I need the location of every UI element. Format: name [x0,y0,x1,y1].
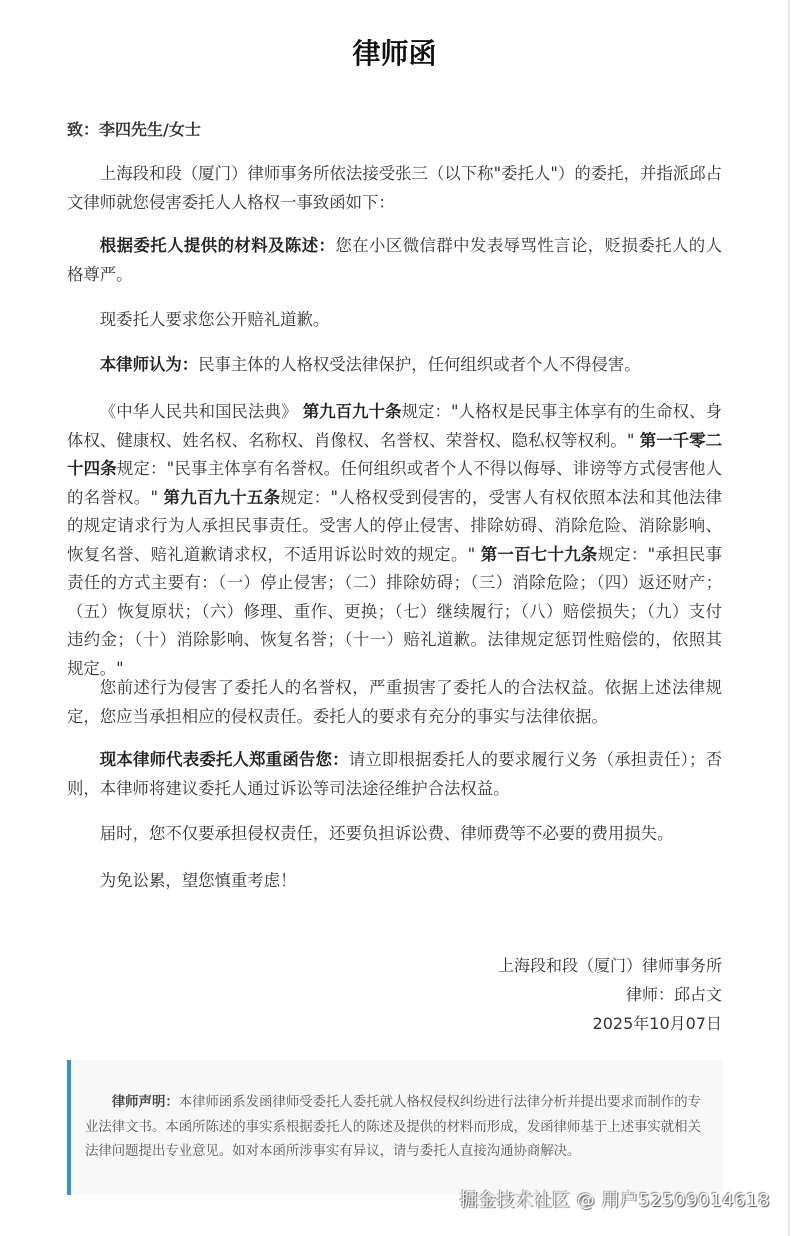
signature-firm: 上海段和段（厦门）律师事务所 [498,951,722,980]
conclusion-text: 您前述行为侵害了委托人的名誉权，严重损害了委托人的合法权益。依据上述法律规定，您… [67,678,722,726]
closing-text: 为免讼累，望您慎重考虑！ [100,871,297,890]
facts-paragraph: 根据委托人提供的材料及陈述：您在小区微信群中发表辱骂性言论，贬损委托人的人格尊严… [67,232,722,289]
article-990: 第九百九十条 [303,402,402,421]
article-995: 第九百九十五条 [164,488,281,507]
notice-label: 现本律师代表委托人郑重函告您： [100,750,349,769]
disclaimer-box: 律师声明：本律师函系发函律师受委托人委托就人格权侵权纠纷进行法律分析并提出要求而… [67,1060,722,1195]
article-179: 第一百七十九条 [481,545,598,564]
demand-paragraph: 现委托人要求您公开赔礼道歉。 [67,306,722,335]
opinion-text: 民事主体的人格权受法律保护，任何组织或者个人不得侵害。 [198,355,641,374]
intro-paragraph: 上海段和段（厦门）律师事务所依法接受张三（以下称"委托人"）的委托，并指派邱占文… [67,160,722,217]
civil-code-name: 《中华人民共和国民法典》 [100,402,298,421]
disclaimer-paragraph: 律师声明：本律师函系发函律师受委托人委托就人格权侵权纠纷进行法律分析并提出要求而… [85,1091,710,1165]
consequence-text: 届时，您不仅要承担侵权责任，还要负担诉讼费、律师费等不必要的费用损失。 [100,824,674,843]
demand-text: 现委托人要求您公开赔礼道歉。 [100,310,329,329]
letter-title: 律师函 [67,32,722,72]
signature-date: 2025年10月07日 [498,1009,722,1038]
salutation: 致：李四先生/女士 [67,117,201,140]
consequence-paragraph: 届时，您不仅要承担侵权责任，还要负担诉讼费、律师费等不必要的费用损失。 [67,820,722,849]
opinion-label: 本律师认为： [100,355,198,374]
intro-text: 上海段和段（厦门）律师事务所依法接受张三（以下称"委托人"）的委托，并指派邱占文… [67,164,722,212]
closing-paragraph: 为免讼累，望您慎重考虑！ [67,867,722,896]
opinion-paragraph: 本律师认为：民事主体的人格权受法律保护，任何组织或者个人不得侵害。 [67,351,722,380]
watermark: 掘金技术社区 @ 用户52509014618 [460,1186,770,1212]
signature-block: 上海段和段（厦门）律师事务所 律师：邱占文 2025年10月07日 [498,951,722,1038]
notice-paragraph: 现本律师代表委托人郑重函告您：请立即根据委托人的要求履行义务（承担责任）；否则，… [67,746,722,803]
conclusion-paragraph: 您前述行为侵害了委托人的名誉权，严重损害了委托人的合法权益。依据上述法律规定，您… [67,674,722,731]
article-179-text: 规定："承担民事责任的方式主要有：（一）停止侵害；（二）排除妨碍；（三）消除危险… [67,545,722,678]
disclaimer-label: 律师声明： [112,1095,179,1110]
signature-lawyer: 律师：邱占文 [498,980,722,1009]
facts-label: 根据委托人提供的材料及陈述： [100,236,336,255]
legal-basis-paragraph: 《中华人民共和国民法典》 第九百九十条规定："人格权是民事主体享有的生命权、身体… [67,398,722,683]
page-edge-divider [788,0,790,1236]
